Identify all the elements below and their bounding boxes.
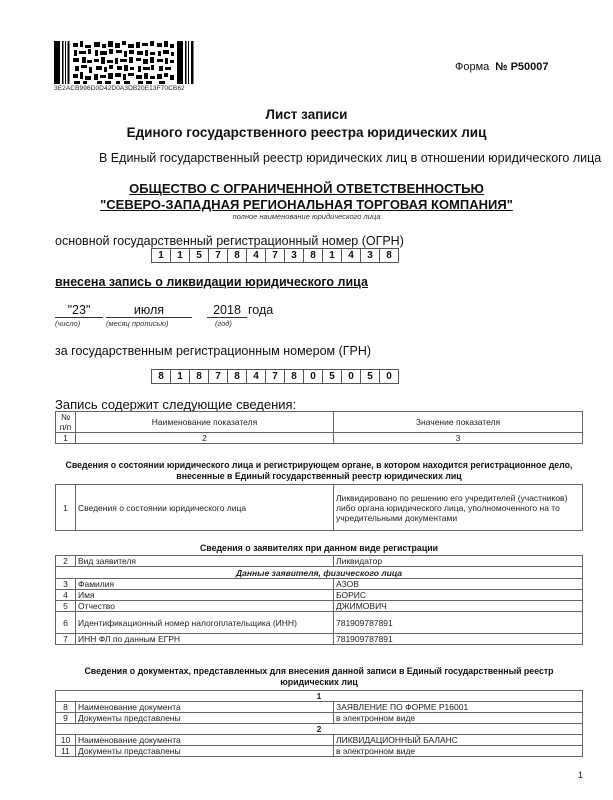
org-name-caption: полное наименование юридического лица <box>0 212 613 221</box>
grn-digit: 0 <box>304 370 323 383</box>
row-value: в электронном виде <box>334 713 583 724</box>
grn-digit: 0 <box>380 370 398 383</box>
row-value: ЛИКВИДАЦИОННЫЙ БАЛАНС <box>334 735 583 746</box>
table-row: 3 Фамилия АЗОВ <box>56 579 583 590</box>
ogrn-digit: 8 <box>380 249 398 262</box>
row-value: 781909787891 <box>334 612 583 634</box>
row-name: Фамилия <box>76 579 334 590</box>
grn-digit: 5 <box>361 370 380 383</box>
row-value: БОРИС <box>334 590 583 601</box>
row-value: ЗАЯВЛЕНИЕ ПО ФОРМЕ Р16001 <box>334 702 583 713</box>
ogrn-digit: 5 <box>190 249 209 262</box>
grn-digit: 1 <box>171 370 190 383</box>
org-name-line2: "СЕВЕРО-ЗАПАДНАЯ РЕГИОНАЛЬНАЯ ТОРГОВАЯ К… <box>0 197 613 212</box>
row-number: 1 <box>56 485 76 531</box>
row-name: Имя <box>76 590 334 601</box>
barcode-image <box>54 41 196 84</box>
table-row: 8 Наименование документа ЗАЯВЛЕНИЕ ПО ФО… <box>56 702 583 713</box>
row-name: Сведения о состоянии юридического лица <box>76 485 334 531</box>
table-row: 9 Документы представлены в электронном в… <box>56 713 583 724</box>
table-row: 7 ИНН ФЛ по данным ЕГРН 781909787891 <box>56 634 583 645</box>
table-row: 11 Документы представлены в электронном … <box>56 746 583 757</box>
year-caption: (год) <box>215 319 232 328</box>
contents-label: Запись содержит следующие сведения: <box>55 397 296 412</box>
table-row: 1 Сведения о состоянии юридического лица… <box>56 485 583 531</box>
section-state-table: 1 Сведения о состоянии юридического лица… <box>55 484 583 531</box>
table-row: 10 Наименование документа ЛИКВИДАЦИОННЫЙ… <box>56 735 583 746</box>
row-name: ИНН ФЛ по данным ЕГРН <box>76 634 334 645</box>
ogrn-digit: 4 <box>247 249 266 262</box>
row-value: ДЖИМОВИЧ <box>334 601 583 612</box>
ogrn-digit: 1 <box>323 249 342 262</box>
ogrn-digit: 7 <box>266 249 285 262</box>
row-name: Вид заявителя <box>76 556 334 567</box>
row-value: в электронном виде <box>334 746 583 757</box>
ogrn-digit-boxes: 1 1 5 7 8 4 7 3 8 1 4 3 8 <box>151 248 399 263</box>
row-number: 4 <box>56 590 76 601</box>
grn-digit: 8 <box>190 370 209 383</box>
row-value: Ликвидировано по решению его учредителей… <box>334 485 583 531</box>
document-subtitle: Единого государственного реестра юридиче… <box>0 125 613 140</box>
form-code: № Р50007 <box>495 61 548 73</box>
grn-label: за государственным регистрационным номер… <box>55 344 371 358</box>
contents-header-table: № п/п Наименование показателя Значение п… <box>55 411 583 444</box>
document-title: Лист записи <box>0 107 613 122</box>
document-group-label: 1 <box>56 691 583 702</box>
entry-year-suffix: года <box>248 303 273 317</box>
section-state-title: Сведения о состоянии юридического лица и… <box>55 460 583 482</box>
row-name: Наименование документа <box>76 735 334 746</box>
col-number: 1 <box>56 433 76 444</box>
ogrn-digit: 7 <box>209 249 228 262</box>
grn-digit: 5 <box>323 370 342 383</box>
row-number: 8 <box>56 702 76 713</box>
row-name: Отчество <box>76 601 334 612</box>
ogrn-digit: 3 <box>361 249 380 262</box>
row-value: АЗОВ <box>334 579 583 590</box>
table-row: 2 Вид заявителя Ликвидатор <box>56 556 583 567</box>
document-group-label: 2 <box>56 724 583 735</box>
col-header-name: Наименование показателя <box>76 412 334 433</box>
liquidation-entry-heading: внесена запись о ликвидации юридического… <box>55 275 368 289</box>
col-number: 3 <box>334 433 583 444</box>
ogrn-digit: 4 <box>342 249 361 262</box>
ogrn-digit: 8 <box>304 249 323 262</box>
row-name: Идентификационный номер налогоплательщик… <box>76 612 334 634</box>
row-name: Наименование документа <box>76 702 334 713</box>
ogrn-digit: 3 <box>285 249 304 262</box>
section-applicants-table: 2 Вид заявителя Ликвидатор Данные заявит… <box>55 555 583 645</box>
month-caption: (месяц прописью) <box>106 319 168 328</box>
page-number: 1 <box>578 770 583 780</box>
col-header-num: № п/п <box>56 412 76 433</box>
col-header-value: Значение показателя <box>334 412 583 433</box>
form-label: Форма <box>455 61 489 73</box>
section-documents-table: 1 8 Наименование документа ЗАЯВЛЕНИЕ ПО … <box>55 690 583 757</box>
section-applicants-title: Сведения о заявителях при данном виде ре… <box>55 543 583 554</box>
grn-digit: 7 <box>266 370 285 383</box>
grn-digit: 7 <box>209 370 228 383</box>
row-name: Документы представлены <box>76 713 334 724</box>
grn-digit: 8 <box>228 370 247 383</box>
ogrn-digit: 1 <box>171 249 190 262</box>
entry-year: 2018 <box>207 303 247 318</box>
form-number: Форма№ Р50007 <box>455 61 549 73</box>
ogrn-digit: 1 <box>152 249 171 262</box>
barcode-text: 3E2ACB996D0D42D0A3DB20E13F70CB62 <box>54 85 185 92</box>
ogrn-label: основной государственный регистрационный… <box>55 234 404 248</box>
org-name-line1: ОБЩЕСТВО С ОГРАНИЧЕННОЙ ОТВЕТСТВЕННОСТЬЮ <box>0 181 613 196</box>
row-number: 5 <box>56 601 76 612</box>
ogrn-digit: 8 <box>228 249 247 262</box>
col-number: 2 <box>76 433 334 444</box>
row-number: 2 <box>56 556 76 567</box>
entry-day: "23" <box>55 303 103 318</box>
grn-digit: 8 <box>285 370 304 383</box>
grn-digit: 0 <box>342 370 361 383</box>
day-caption: (число) <box>55 319 80 328</box>
row-name: Документы представлены <box>76 746 334 757</box>
grn-digit-boxes: 8 1 8 7 8 4 7 8 0 5 0 5 0 <box>151 369 399 384</box>
row-value: 781909787891 <box>334 634 583 645</box>
row-number: 11 <box>56 746 76 757</box>
table-row: 6 Идентификационный номер налогоплательщ… <box>56 612 583 634</box>
row-number: 7 <box>56 634 76 645</box>
intro-text: В Единый государственный реестр юридичес… <box>55 150 603 167</box>
applicant-subtitle: Данные заявителя, физического лица <box>56 567 583 579</box>
table-row: 5 Отчество ДЖИМОВИЧ <box>56 601 583 612</box>
row-number: 10 <box>56 735 76 746</box>
entry-month: июля <box>106 303 192 318</box>
row-number: 6 <box>56 612 76 634</box>
grn-digit: 8 <box>152 370 171 383</box>
section-documents-title: Сведения о документах, представленных дл… <box>55 666 583 688</box>
grn-digit: 4 <box>247 370 266 383</box>
row-number: 3 <box>56 579 76 590</box>
row-value: Ликвидатор <box>334 556 583 567</box>
table-row: 4 Имя БОРИС <box>56 590 583 601</box>
row-number: 9 <box>56 713 76 724</box>
